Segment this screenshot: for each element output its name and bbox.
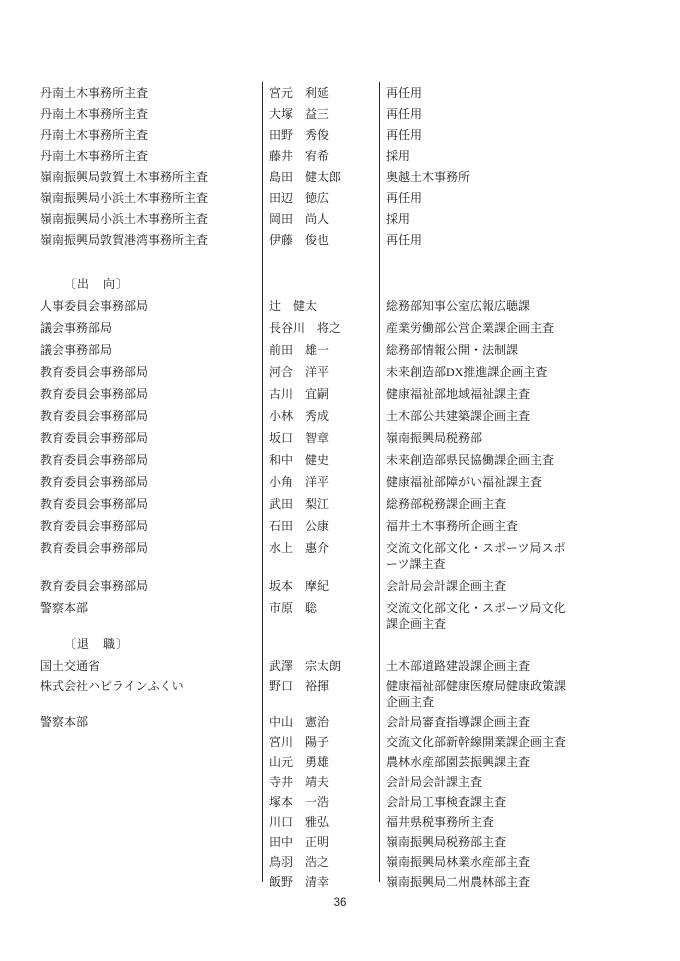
name-cell: 長谷川 将之	[262, 320, 379, 336]
name-cell: 伊藤 俊也	[262, 232, 379, 248]
personnel-section: 〔退 職〕国土交通省武澤 宗太朗土木部道路建設課企画主査株式会社ハピラインふくい…	[40, 636, 680, 894]
personnel-row: 議会事務部局長谷川 将之産業労働部公営企業課企画主査	[40, 320, 680, 336]
personnel-row: 川口 雅弘福井県税事務所主査	[40, 814, 680, 830]
assignment-cell: 土木部道路建設課企画主査	[379, 658, 579, 674]
assignment-cell: 総務部知事公室広報広聴課	[379, 298, 579, 314]
personnel-row: 山元 勇雄農林水産部園芸振興課主査	[40, 754, 680, 770]
assignment-cell: 嶺南振興局税務部主査	[379, 834, 579, 850]
personnel-row: 教育委員会事務部局武田 梨江総務部税務課企画主査	[40, 496, 680, 512]
personnel-row: 寺井 靖夫会計局会計課主査	[40, 774, 680, 790]
personnel-row: 教育委員会事務部局坂口 智章嶺南振興局税務部	[40, 430, 680, 446]
personnel-row: 教育委員会事務部局坂本 摩紀会計局会計課企画主査	[40, 578, 680, 594]
name-cell: 坂口 智章	[262, 430, 379, 446]
position-cell: 丹南土木事務所主査	[40, 127, 262, 143]
personnel-row: 教育委員会事務部局水上 惠介交流文化部文化・スポーツ局スポーツ課主査	[40, 540, 680, 572]
assignment-cell: 健康福祉部地域福祉課主査	[379, 386, 579, 402]
assignment-cell: 総務部税務課企画主査	[379, 496, 579, 512]
name-cell: 中山 憲治	[262, 714, 379, 730]
position-cell: 嶺南振興局小浜土木事務所主査	[40, 190, 262, 206]
position-cell: 教育委員会事務部局	[40, 578, 262, 594]
name-cell: 山元 勇雄	[262, 754, 379, 770]
assignment-cell: 再任用	[379, 85, 579, 101]
position-cell: 教育委員会事務部局	[40, 364, 262, 380]
document-page: 丹南土木事務所主査宮元 利延再任用丹南土木事務所主査大塚 益三再任用丹南土木事務…	[0, 0, 680, 961]
personnel-row: 教育委員会事務部局和中 健史未来創造部県民協働課企画主査	[40, 452, 680, 468]
personnel-row: 嶺南振興局小浜土木事務所主査田辺 徳広再任用	[40, 190, 680, 206]
name-cell: 宮川 陽子	[262, 734, 379, 750]
assignment-cell: 採用	[379, 211, 579, 227]
name-cell: 古川 宜嗣	[262, 386, 379, 402]
assignment-cell: 交流文化部文化・スポーツ局スポーツ課主査	[379, 540, 579, 572]
assignment-cell: 未来創造部DX推進課企画主査	[379, 364, 579, 380]
name-cell: 和中 健史	[262, 452, 379, 468]
name-cell: 野口 裕揮	[262, 678, 379, 694]
personnel-row: 教育委員会事務部局小林 秀成土木部公共建築課企画主査	[40, 408, 680, 424]
assignment-cell: 嶺南振興局二州農林部主査	[379, 874, 579, 890]
name-cell: 坂本 摩紀	[262, 578, 379, 594]
name-cell: 水上 惠介	[262, 540, 379, 556]
position-cell: 議会事務部局	[40, 320, 262, 336]
position-cell: 警察本部	[40, 714, 262, 730]
name-cell: 市原 聡	[262, 600, 379, 616]
assignment-cell: 会計局審査指導課企画主査	[379, 714, 579, 730]
assignment-cell: 健康福祉部障がい福祉課主査	[379, 474, 579, 490]
personnel-row: 株式会社ハピラインふくい野口 裕揮健康福祉部健康医療局健康政策課企画主査	[40, 678, 680, 710]
personnel-row: 警察本部中山 憲治会計局審査指導課企画主査	[40, 714, 680, 730]
position-cell: 嶺南振興局敦賀土木事務所主査	[40, 169, 262, 185]
name-cell: 大塚 益三	[262, 106, 379, 122]
assignment-cell: 産業労働部公営企業課企画主査	[379, 320, 579, 336]
name-cell: 鳥羽 浩之	[262, 854, 379, 870]
name-cell: 岡田 尚人	[262, 211, 379, 227]
name-cell: 武田 梨江	[262, 496, 379, 512]
position-cell: 教育委員会事務部局	[40, 474, 262, 490]
assignment-cell: 未来創造部県民協働課企画主査	[379, 452, 579, 468]
name-cell: 小林 秀成	[262, 408, 379, 424]
assignment-cell: 農林水産部園芸振興課主査	[379, 754, 579, 770]
position-cell: 教育委員会事務部局	[40, 408, 262, 424]
name-cell: 田野 秀俊	[262, 127, 379, 143]
assignment-cell: 嶺南振興局税務部	[379, 430, 579, 446]
position-cell: 丹南土木事務所主査	[40, 148, 262, 164]
personnel-row: 丹南土木事務所主査田野 秀俊再任用	[40, 127, 680, 143]
assignment-cell: 土木部公共建築課企画主査	[379, 408, 579, 424]
position-cell: 丹南土木事務所主査	[40, 85, 262, 101]
name-cell: 藤井 宥希	[262, 148, 379, 164]
name-cell: 飯野 清幸	[262, 874, 379, 890]
personnel-row: 国土交通省武澤 宗太朗土木部道路建設課企画主査	[40, 658, 680, 674]
personnel-row: 丹南土木事務所主査大塚 益三再任用	[40, 106, 680, 122]
name-cell: 島田 健太郎	[262, 169, 379, 185]
name-cell: 川口 雅弘	[262, 814, 379, 830]
personnel-row: 鳥羽 浩之嶺南振興局林業水産部主査	[40, 854, 680, 870]
assignment-cell: 再任用	[379, 190, 579, 206]
personnel-row: 嶺南振興局敦賀港湾事務所主査伊藤 俊也再任用	[40, 232, 680, 248]
section-header: 〔退 職〕	[40, 636, 680, 652]
position-cell: 議会事務部局	[40, 342, 262, 358]
page-number: 36	[0, 897, 680, 909]
personnel-row: 嶺南振興局小浜土木事務所主査岡田 尚人採用	[40, 211, 680, 227]
position-cell: 丹南土木事務所主査	[40, 106, 262, 122]
assignment-cell: 健康福祉部健康医療局健康政策課企画主査	[379, 678, 579, 710]
name-cell: 辻 健太	[262, 298, 379, 314]
assignment-cell: 再任用	[379, 106, 579, 122]
name-cell: 武澤 宗太朗	[262, 658, 379, 674]
assignment-cell: 福井土木事務所企画主査	[379, 518, 579, 534]
personnel-row: 警察本部市原 聡交流文化部文化・スポーツ局文化課企画主査	[40, 600, 680, 632]
name-cell: 寺井 靖夫	[262, 774, 379, 790]
position-cell: 嶺南振興局敦賀港湾事務所主査	[40, 232, 262, 248]
position-cell: 教育委員会事務部局	[40, 430, 262, 446]
position-cell: 警察本部	[40, 600, 262, 616]
name-cell: 田辺 徳広	[262, 190, 379, 206]
name-cell: 塚本 一浩	[262, 794, 379, 810]
position-cell: 教育委員会事務部局	[40, 518, 262, 534]
position-cell: 人事委員会事務部局	[40, 298, 262, 314]
assignment-cell: 総務部情報公開・法制課	[379, 342, 579, 358]
position-cell: 嶺南振興局小浜土木事務所主査	[40, 211, 262, 227]
position-cell: 国土交通省	[40, 658, 262, 674]
assignment-cell: 会計局会計課企画主査	[379, 578, 579, 594]
personnel-row: 宮川 陽子交流文化部新幹線開業課企画主査	[40, 734, 680, 750]
position-cell: 教育委員会事務部局	[40, 386, 262, 402]
assignment-cell: 会計局工事検査課主査	[379, 794, 579, 810]
personnel-row: 丹南土木事務所主査藤井 宥希採用	[40, 148, 680, 164]
personnel-row: 田中 正明嶺南振興局税務部主査	[40, 834, 680, 850]
name-cell: 河合 洋平	[262, 364, 379, 380]
assignment-cell: 奥越土木事務所	[379, 169, 579, 185]
personnel-row: 教育委員会事務部局石田 公康福井土木事務所企画主査	[40, 518, 680, 534]
personnel-row: 議会事務部局前田 雄一総務部情報公開・法制課	[40, 342, 680, 358]
personnel-section: 丹南土木事務所主査宮元 利延再任用丹南土木事務所主査大塚 益三再任用丹南土木事務…	[40, 85, 680, 253]
section-header: 〔出 向〕	[40, 276, 680, 292]
assignment-cell: 会計局会計課主査	[379, 774, 579, 790]
name-cell: 前田 雄一	[262, 342, 379, 358]
personnel-row: 嶺南振興局敦賀土木事務所主査島田 健太郎奥越土木事務所	[40, 169, 680, 185]
name-cell: 田中 正明	[262, 834, 379, 850]
assignment-cell: 福井県税事務所主査	[379, 814, 579, 830]
name-cell: 石田 公康	[262, 518, 379, 534]
personnel-row: 人事委員会事務部局辻 健太総務部知事公室広報広聴課	[40, 298, 680, 314]
assignment-cell: 再任用	[379, 127, 579, 143]
name-cell: 宮元 利延	[262, 85, 379, 101]
assignment-cell: 再任用	[379, 232, 579, 248]
personnel-row: 塚本 一浩会計局工事検査課主査	[40, 794, 680, 810]
assignment-cell: 採用	[379, 148, 579, 164]
assignment-cell: 交流文化部文化・スポーツ局文化課企画主査	[379, 600, 579, 632]
personnel-row: 教育委員会事務部局小角 洋平健康福祉部障がい福祉課主査	[40, 474, 680, 490]
personnel-section: 〔出 向〕人事委員会事務部局辻 健太総務部知事公室広報広聴課議会事務部局長谷川 …	[40, 276, 680, 638]
name-cell: 小角 洋平	[262, 474, 379, 490]
assignment-cell: 嶺南振興局林業水産部主査	[379, 854, 579, 870]
position-cell: 教育委員会事務部局	[40, 540, 262, 556]
position-cell: 株式会社ハピラインふくい	[40, 678, 262, 694]
position-cell: 教育委員会事務部局	[40, 496, 262, 512]
personnel-row: 飯野 清幸嶺南振興局二州農林部主査	[40, 874, 680, 890]
assignment-cell: 交流文化部新幹線開業課企画主査	[379, 734, 579, 750]
personnel-row: 丹南土木事務所主査宮元 利延再任用	[40, 85, 680, 101]
position-cell: 教育委員会事務部局	[40, 452, 262, 468]
personnel-row: 教育委員会事務部局河合 洋平未来創造部DX推進課企画主査	[40, 364, 680, 380]
personnel-row: 教育委員会事務部局古川 宜嗣健康福祉部地域福祉課主査	[40, 386, 680, 402]
